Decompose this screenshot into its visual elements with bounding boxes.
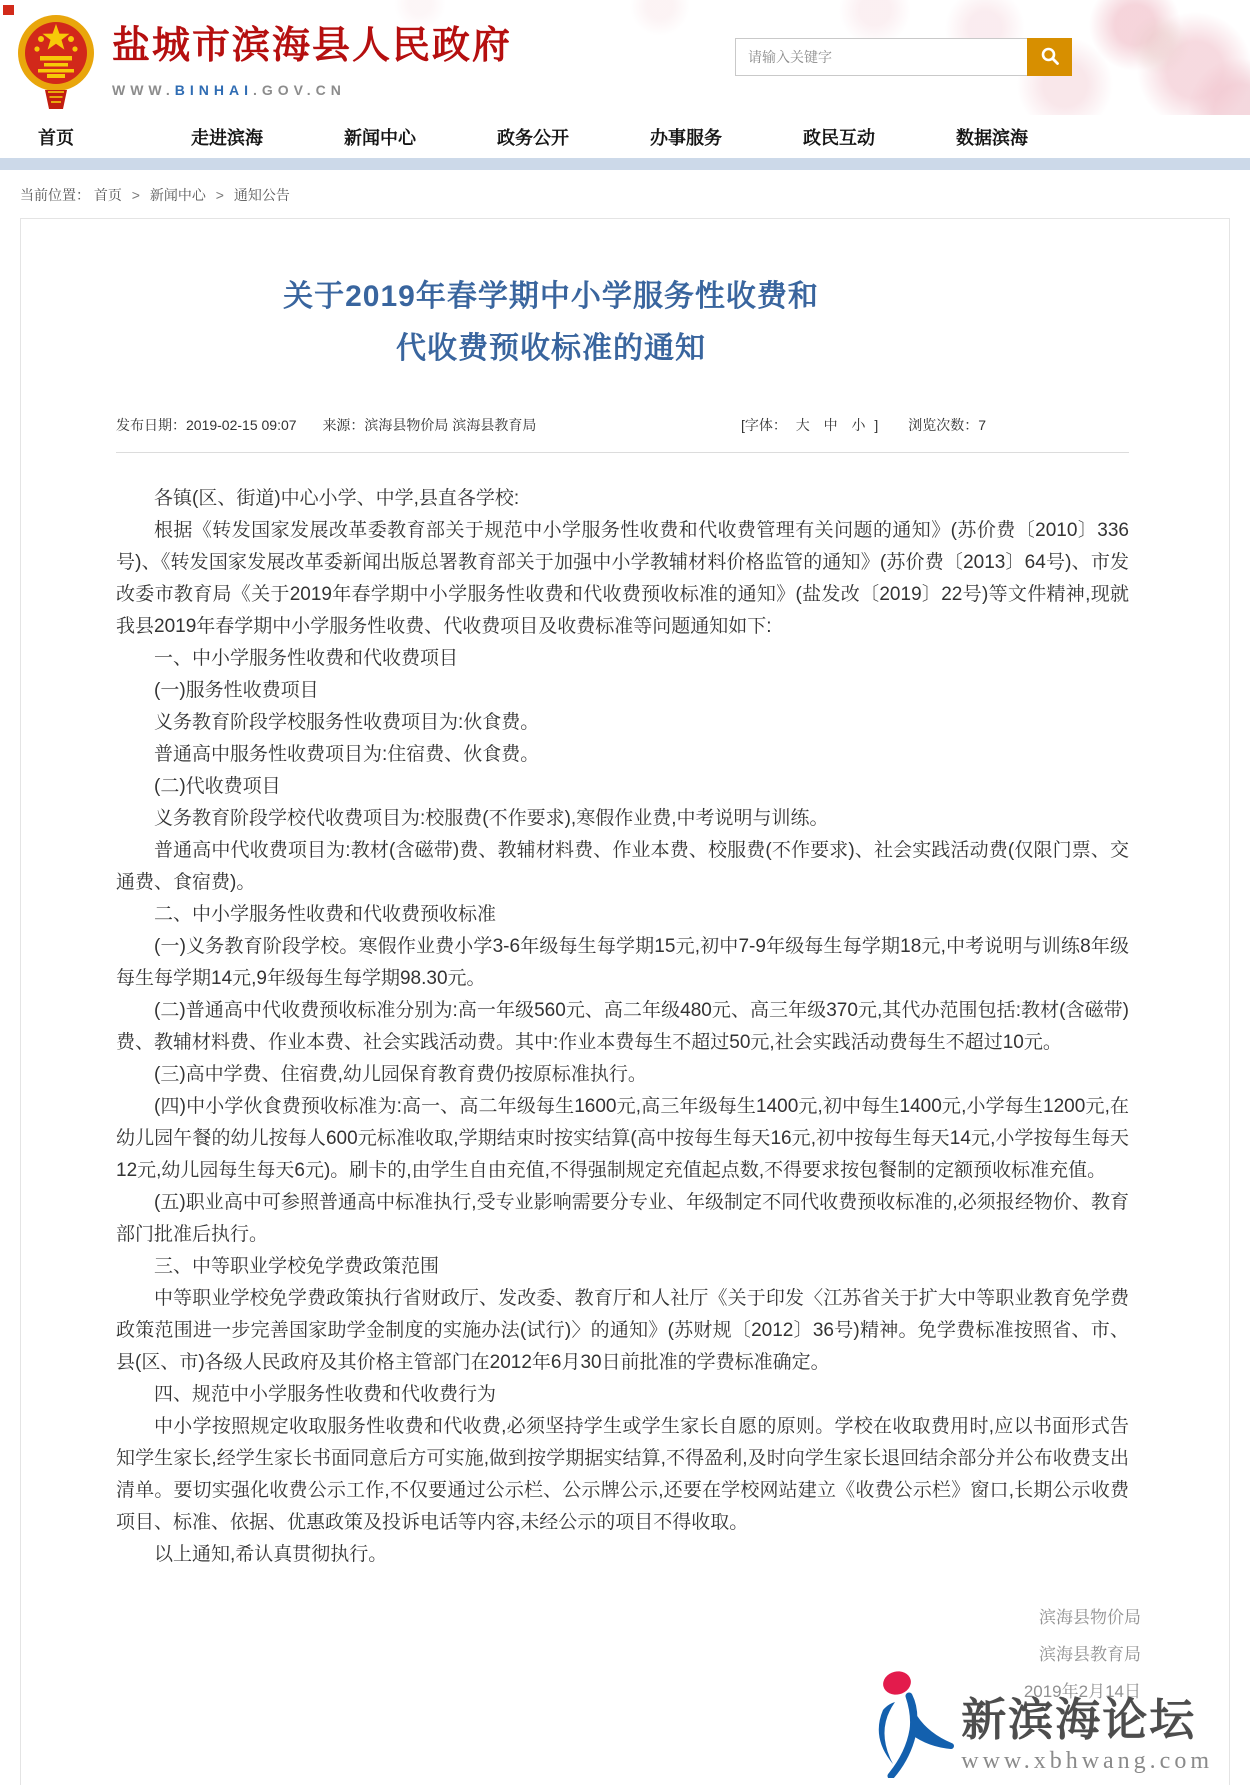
breadcrumb-label: 当前位置： (20, 187, 90, 203)
font-size-label-close: ] (874, 417, 878, 433)
article-paragraph: (一)义务教育阶段学校。寒假作业费小学3-6年级每生每学期15元,初中7-9年级… (116, 931, 1129, 995)
article-paragraph: 中等职业学校免学费政策执行省财政厅、发改委、教育厅和人社厅《关于印发〈江苏省关于… (116, 1283, 1129, 1379)
article-paragraph: 根据《转发国家发展改革委教育部关于规范中小学服务性收费和代收费管理有关问题的通知… (116, 515, 1129, 643)
nav-item-home[interactable]: 首页 (38, 124, 191, 150)
article-paragraph: (三)高中学费、住宿费,幼儿园保育教育费仍按原标准执行。 (116, 1059, 1129, 1091)
view-count: 浏览次数：7 (908, 417, 986, 433)
article-paragraph: (一)服务性收费项目 (116, 675, 1129, 707)
article-paragraph: 中小学按照规定收取服务性收费和代收费,必须坚持学生或学生家长自愿的原则。学校在收… (116, 1411, 1129, 1539)
article-paragraph: 一、中小学服务性收费和代收费项目 (116, 643, 1129, 675)
nav-item-services[interactable]: 办事服务 (650, 124, 803, 150)
font-size-medium-button[interactable]: 中 (824, 417, 838, 433)
article-paragraph: (四)中小学伙食费预收标准为:高一、高二年级每生1600元,高三年级每生1400… (116, 1091, 1129, 1187)
divider-strip (0, 158, 1250, 170)
nav-item-data-binhai[interactable]: 数据滨海 (956, 124, 1109, 150)
article-paragraph: 普通高中代收费项目为:教材(含磁带)费、教辅材料费、作业本费、校服费(不作要求)… (116, 835, 1129, 899)
publish-date: 发布日期：2019-02-15 09:07 (116, 417, 297, 433)
search-bar (735, 38, 1072, 76)
nav-item-about-binhai[interactable]: 走进滨海 (191, 124, 344, 150)
search-button[interactable] (1027, 38, 1072, 76)
article-paragraph: 二、中小学服务性收费和代收费预收标准 (116, 899, 1129, 931)
article-paragraph: (二)普通高中代收费预收标准分别为:高一年级560元、高二年级480元、高三年级… (116, 995, 1129, 1059)
nav-item-interaction[interactable]: 政民互动 (803, 124, 956, 150)
page-title: 关于2019年春学期中小学服务性收费和 代收费预收标准的通知 (116, 271, 986, 375)
china-national-emblem-icon (17, 8, 95, 117)
breadcrumb-separator: > (216, 187, 224, 203)
font-size-small-button[interactable]: 小 (852, 417, 866, 433)
site-url-suffix: .GOV.CN (253, 82, 346, 98)
search-input[interactable] (736, 39, 1027, 75)
article-paragraph: 义务教育阶段学校代收费项目为:校服费(不作要求),寒假作业费,中考说明与训练。 (116, 803, 1129, 835)
breadcrumb-current[interactable]: 通知公告 (234, 187, 290, 203)
breadcrumb-separator: > (132, 187, 140, 203)
site-header: 盐城市滨海县人民政府 WWW.BINHAI.GOV.CN (0, 0, 1250, 115)
nav-item-news-center[interactable]: 新闻中心 (344, 124, 497, 150)
site-title: 盐城市滨海县人民政府 (112, 24, 512, 68)
font-size-label: [字体： (741, 417, 787, 433)
font-size-large-button[interactable]: 大 (796, 417, 810, 433)
page-title-line1: 关于2019年春学期中小学服务性收费和 (116, 271, 986, 323)
article-paragraph: 以上通知,希认真贯彻执行。 (116, 1539, 1129, 1571)
article-paragraph: 三、中等职业学校免学费政策范围 (116, 1251, 1129, 1283)
forum-watermark: 新滨海论坛 www.xbhwang.com (865, 1666, 1213, 1783)
corner-decoration (3, 5, 14, 15)
site-url-www: WWW. (112, 82, 175, 98)
page-title-line2: 代收费预收标准的通知 (116, 323, 986, 375)
forum-name: 新滨海论坛 (961, 1694, 1213, 1746)
nav-item-gov-affairs[interactable]: 政务公开 (497, 124, 650, 150)
article-paragraph: (五)职业高中可参照普通高中标准执行,受专业影响需要分专业、年级制定不同代收费预… (116, 1187, 1129, 1251)
forum-url: www.xbhwang.com (961, 1748, 1213, 1775)
main-nav: 首页 走进滨海 新闻中心 政务公开 办事服务 政民互动 数据滨海 (0, 115, 1250, 158)
article-meta: 发布日期：2019-02-15 09:07 来源：滨海县物价局 滨海县教育局 [… (21, 415, 1229, 435)
article-paragraph: 义务教育阶段学校服务性收费项目为:伙食费。 (116, 707, 1129, 739)
article-paragraph: 各镇(区、街道)中心小学、中学,县直各学校: (116, 483, 1129, 515)
breadcrumb-home[interactable]: 首页 (94, 187, 122, 203)
article-paragraph: 四、规范中小学服务性收费和代收费行为 (116, 1379, 1129, 1411)
article-body: 各镇(区、街道)中心小学、中学,县直各学校: 根据《转发国家发展改革委教育部关于… (21, 453, 1229, 1571)
breadcrumb: 当前位置： 首页 > 新闻中心 > 通知公告 (0, 170, 1250, 218)
breadcrumb-news-center[interactable]: 新闻中心 (150, 187, 206, 203)
article-source: 来源：滨海县物价局 滨海县教育局 (322, 417, 536, 433)
article-paragraph: 普通高中服务性收费项目为:住宿费、伙食费。 (116, 739, 1129, 771)
forum-logo-icon (865, 1666, 957, 1783)
signature-issuer-1: 滨海县物价局 (21, 1599, 1141, 1636)
site-url-domain: BINHAI (175, 82, 253, 98)
article-paragraph: (二)代收费项目 (116, 771, 1129, 803)
search-icon (1040, 46, 1060, 69)
article-container: 关于2019年春学期中小学服务性收费和 代收费预收标准的通知 发布日期：2019… (20, 218, 1230, 1785)
site-url: WWW.BINHAI.GOV.CN (112, 82, 512, 98)
